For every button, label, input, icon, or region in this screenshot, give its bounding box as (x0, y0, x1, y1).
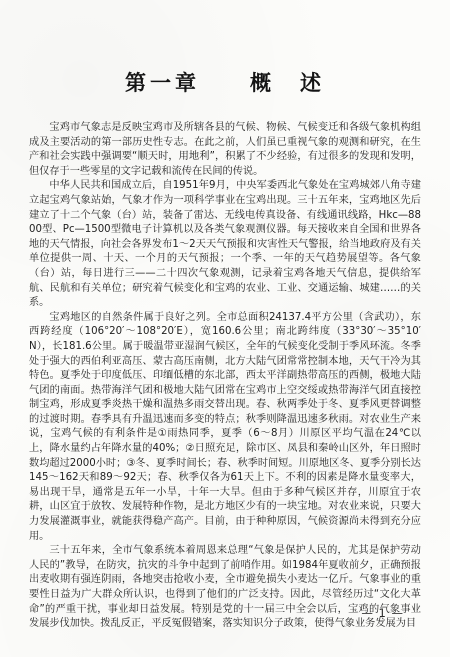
paragraph-history: 中华人民共和国成立后，自1951年9月，中央军委西北气象处在宝鸡城郊八角寺建立起… (29, 179, 421, 310)
paragraph-climate: 宝鸡地区的自然条件属于良好之列。全市总面积24137.4平方公里（含武功），东西… (29, 311, 421, 545)
document-body: 宝鸡市气象志是反映宝鸡市及所辖各县的气候、物候、气候变迁和各级气象机构组成及主要… (29, 121, 421, 632)
document-page: 第一章 概 述 宝鸡市气象志是反映宝鸡市及所辖各县的气候、物候、气候变迁和各级气… (0, 0, 450, 657)
chapter-title: 第一章 概 述 (0, 0, 450, 121)
paragraph-intro: 宝鸡市气象志是反映宝鸡市及所辖各县的气候、物候、气候变迁和各级气象机构组成及主要… (29, 121, 421, 179)
page-number: — 1 — (361, 606, 404, 620)
